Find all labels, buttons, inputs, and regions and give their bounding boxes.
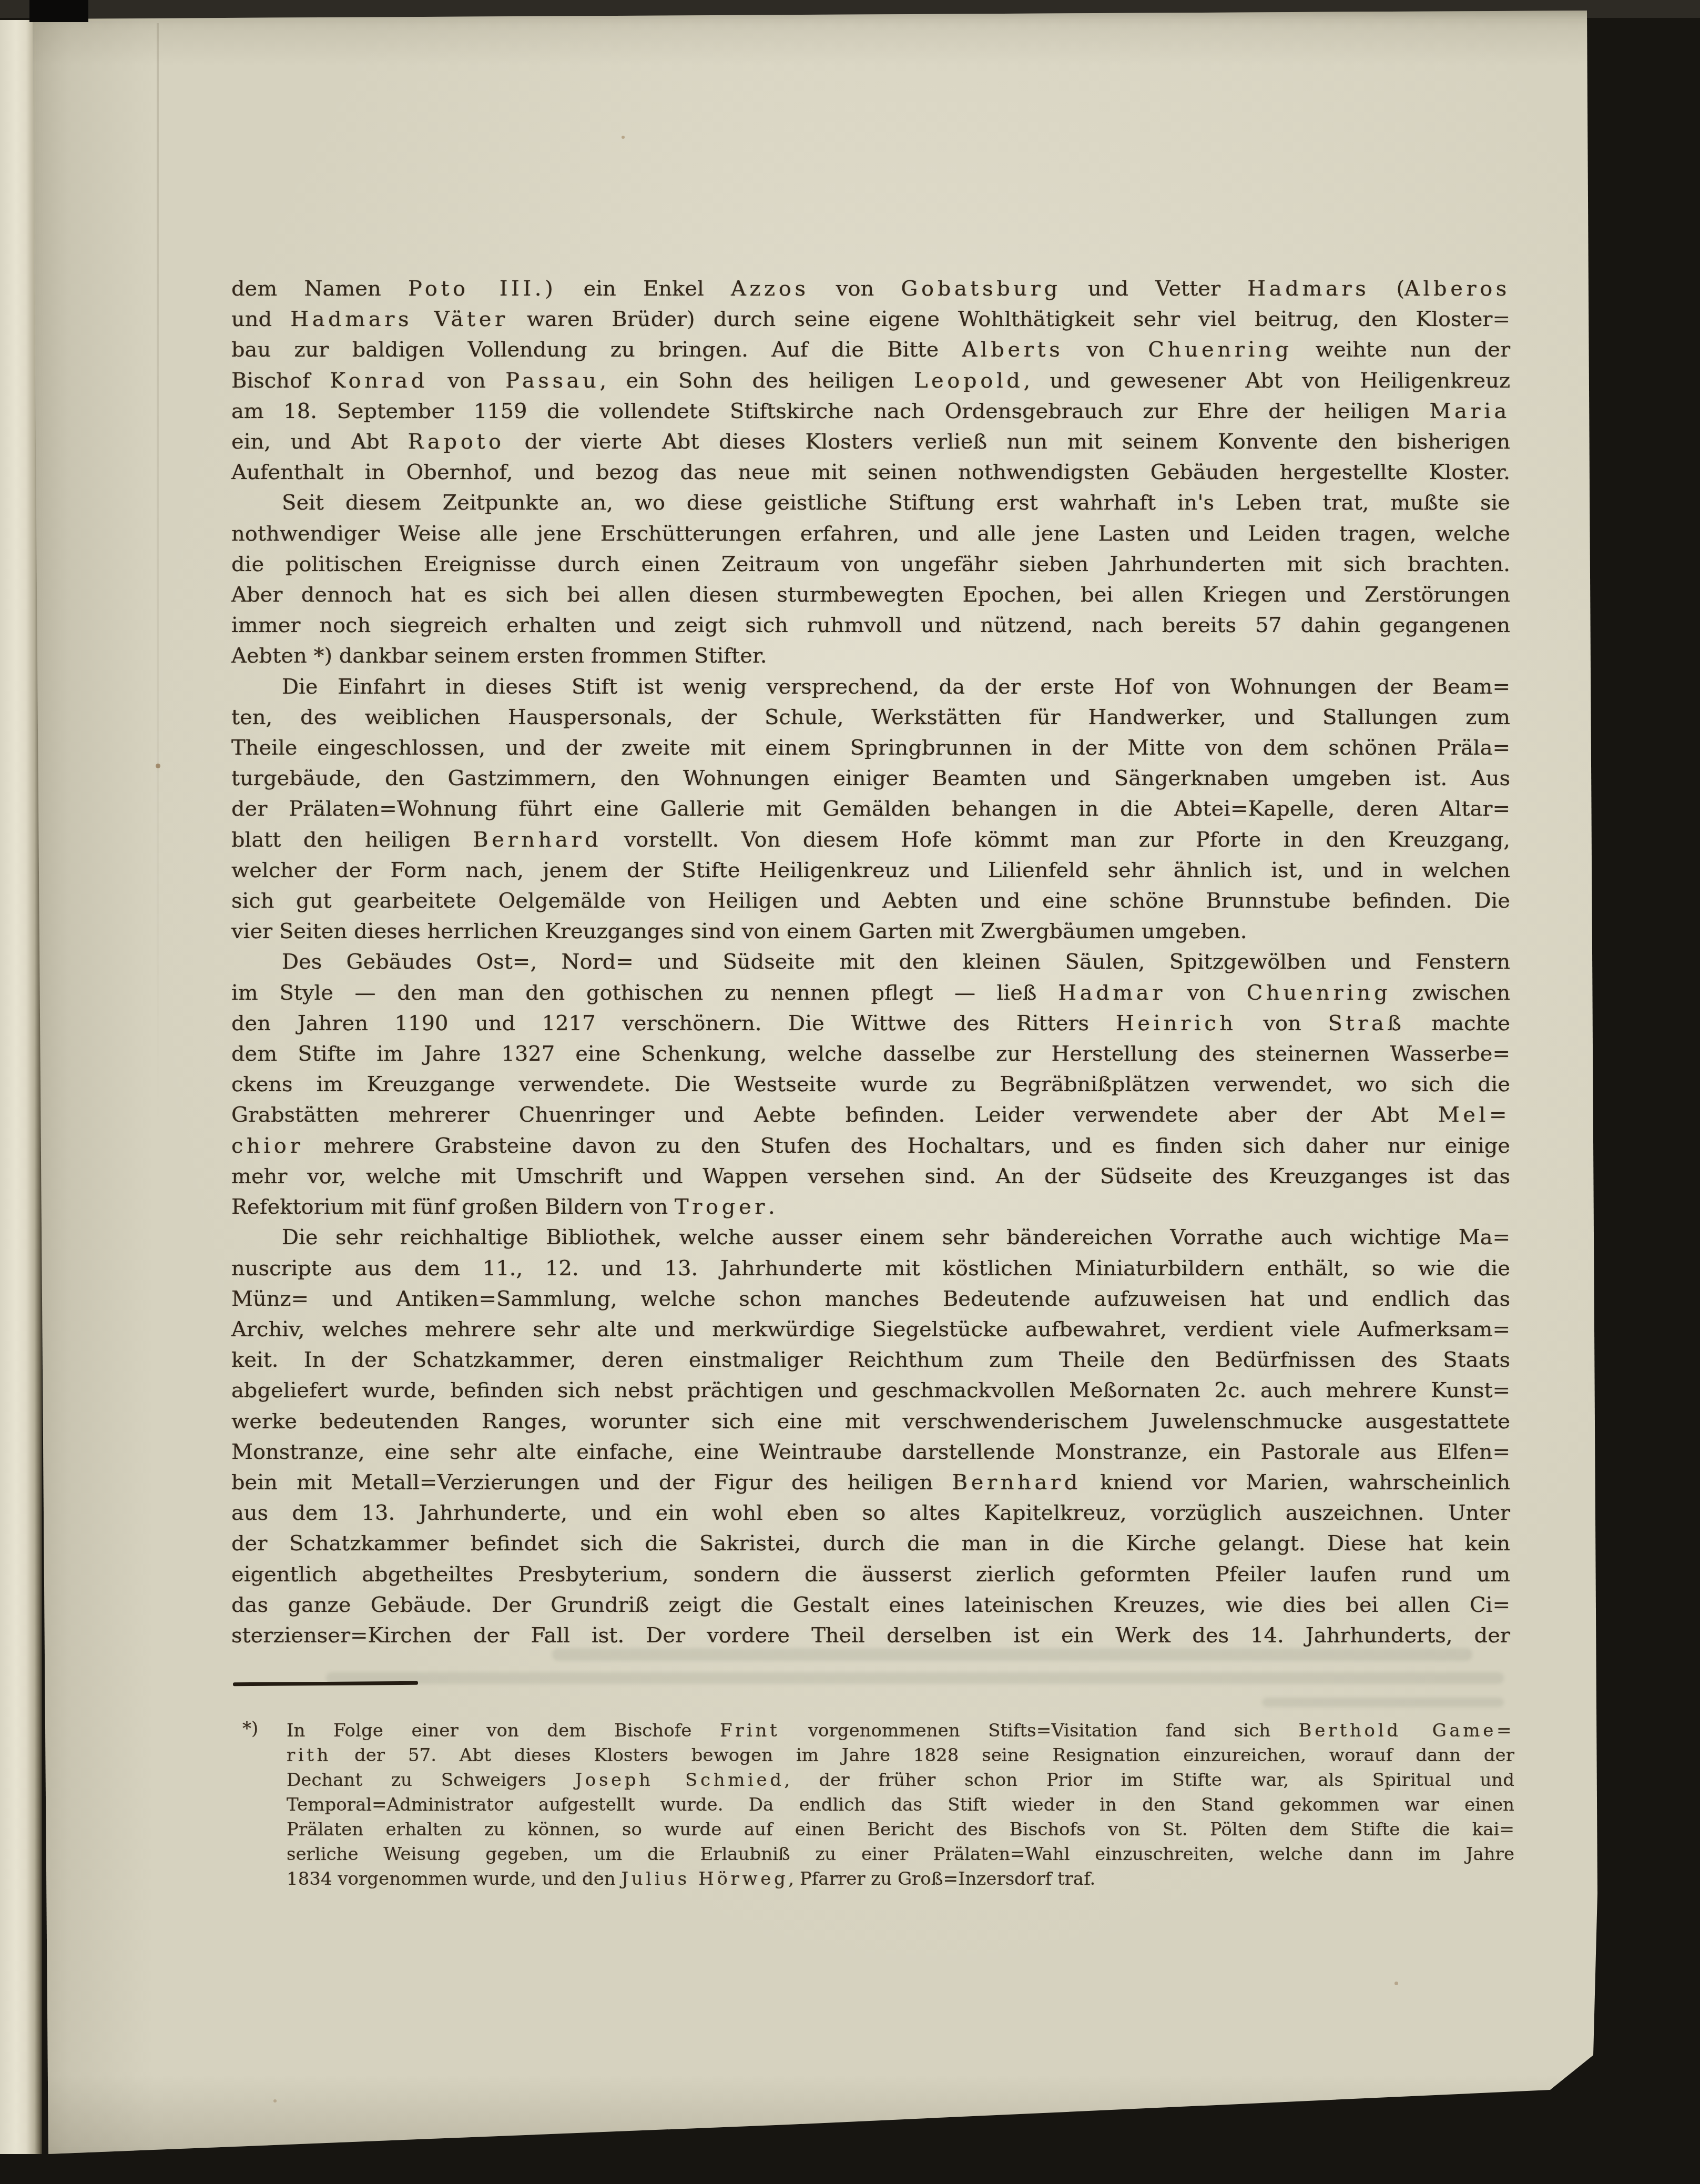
text-segment: das ganze Gebäude. Der Grundriß zeigt di… [231, 1593, 1510, 1617]
spaced-proper-name: Hadmars Väter [290, 307, 508, 331]
binding-tab [29, 0, 88, 22]
text-line: sich gut gearbeitete Oelgemälde von Heil… [231, 886, 1510, 916]
text-line: der Prälaten=Wohnung führt eine Gallerie… [231, 794, 1510, 824]
text-segment: abgeliefert wurde, befinden sich nebst p… [231, 1378, 1510, 1403]
text-line: 1834 vorgenommen wurde, und den Julius H… [287, 1867, 1514, 1892]
spaced-proper-name: Mel= [1438, 1103, 1510, 1127]
text-line: ckens im Kreuzgange verwendete. Die West… [231, 1069, 1510, 1100]
text-segment: weihte nun der [1292, 338, 1510, 362]
text-line: Dechant zu Schweigers Joseph Schmied, de… [287, 1768, 1514, 1793]
book-page: dem Namen Poto III.) ein Enkel Azzos von… [0, 0, 1700, 2184]
text-line: chior mehrere Grabsteine davon zu den St… [231, 1131, 1510, 1161]
text-segment: den Jahren 1190 und 1217 verschönern. Di… [231, 1011, 1116, 1035]
text-segment: der Prälaten=Wohnung führt eine Gallerie… [231, 797, 1510, 821]
text-segment: Bischof [231, 369, 330, 393]
text-segment: und [231, 307, 290, 331]
text-segment: werke bedeutenden Ranges, worunter sich … [231, 1409, 1510, 1434]
text-segment: nothwendiger Weise alle jene Erschütteru… [231, 522, 1510, 546]
text-line: blatt den heiligen Bernhard vorstellt. V… [231, 825, 1510, 855]
text-line: *)In Folge einer von dem Bischofe Frint … [287, 1719, 1514, 1743]
text-segment: von [1237, 1011, 1328, 1035]
text-segment: dem Stifte im Jahre 1327 eine Schenkung,… [231, 1042, 1510, 1066]
text-line: rith der 57. Abt dieses Klosters bewogen… [287, 1743, 1514, 1768]
text-line: Aufenthalt in Obernhof, und bezog das ne… [231, 457, 1510, 487]
text-segment: Monstranze, eine sehr alte einfache, ein… [231, 1440, 1510, 1464]
spaced-proper-name: Hadmar [1058, 981, 1166, 1005]
text-line: dem Namen Poto III.) ein Enkel Azzos von… [231, 273, 1510, 304]
text-line: immer noch siegreich erhalten und zeigt … [231, 610, 1510, 641]
ink-bleedthrough [1262, 1698, 1504, 1707]
text-line: sterzienser=Kirchen der Fall ist. Der vo… [231, 1620, 1510, 1651]
text-segment: kniend vor Marien, wahrscheinlich [1081, 1470, 1510, 1495]
text-segment: von [428, 369, 505, 393]
text-line: keit. In der Schatzkammer, deren einstma… [231, 1345, 1510, 1375]
spaced-proper-name: Passau [505, 369, 599, 393]
text-segment: vorgenommenen Stifts=Visitation fand sic… [780, 1720, 1298, 1741]
text-segment: vier Seiten dieses herrlichen Kreuzgange… [231, 919, 1247, 943]
text-segment: Aebten *) dankbar seinem ersten frommen … [231, 644, 767, 668]
text-line: Prälaten erhalten zu können, so wurde au… [287, 1817, 1514, 1842]
text-segment: Aber dennoch hat es sich bei allen diese… [231, 583, 1510, 607]
text-line: mehr vor, welche mit Umschrift und Wappe… [231, 1161, 1510, 1192]
spaced-proper-name: Frint [720, 1720, 780, 1741]
paragraph: Seit diesem Zeitpunkte an, wo diese geis… [231, 487, 1510, 671]
text-segment: der Schatzkammer befindet sich die Sakri… [231, 1531, 1510, 1556]
footnote-block: *)In Folge einer von dem Bischofe Frint … [287, 1719, 1514, 1892]
text-line: eigentlich abgetheiltes Presbyterium, so… [231, 1559, 1510, 1590]
text-line: im Style — den man den gothischen zu nen… [231, 978, 1510, 1008]
text-line: ten, des weiblichen Hauspersonals, der S… [231, 702, 1510, 733]
text-segment: der 57. Abt dieses Klosters bewogen im J… [331, 1745, 1514, 1766]
text-segment: nuscripte aus dem 11., 12. und 13. Jahrh… [231, 1256, 1510, 1281]
spaced-proper-name: Azzos [731, 277, 809, 301]
text-line: das ganze Gebäude. Der Grundriß zeigt di… [231, 1590, 1510, 1620]
text-line: die politischen Ereignisse durch einen Z… [231, 549, 1510, 580]
text-segment: welcher der Form nach, jenem der Stifte … [231, 858, 1510, 882]
spaced-proper-name: Rapoto [408, 430, 504, 454]
text-line: nuscripte aus dem 11., 12. und 13. Jahrh… [231, 1253, 1510, 1284]
spaced-proper-name: Troger [675, 1195, 768, 1219]
text-segment: blatt den heiligen [231, 828, 473, 852]
text-segment: mehr vor, welche mit Umschrift und Wappe… [231, 1164, 1510, 1188]
paragraph: Des Gebäudes Ost=, Nord= und Südseite mi… [231, 947, 1510, 1222]
text-line: Archiv, welches mehrere sehr alte und me… [231, 1314, 1510, 1345]
text-line: aus dem 13. Jahrhunderte, und ein wohl e… [231, 1498, 1510, 1528]
text-segment: von [1063, 338, 1148, 362]
text-segment: ten, des weiblichen Hauspersonals, der S… [231, 705, 1510, 729]
text-line: bau zur baldigen Vollendung zu bringen. … [231, 334, 1510, 365]
text-segment: 1834 vorgenommen wurde, und den [287, 1868, 622, 1890]
paper-stain [156, 764, 160, 768]
text-segment: sterzienser=Kirchen der Fall ist. Der vo… [231, 1623, 1510, 1648]
spaced-proper-name: Berthold Game= [1299, 1720, 1514, 1741]
text-segment: sich gut gearbeitete Oelgemälde von Heil… [231, 889, 1510, 913]
spaced-proper-name: Alberts [962, 338, 1063, 362]
text-line: der Schatzkammer befindet sich die Sakri… [231, 1528, 1510, 1559]
text-segment: , und gewesener Abt von Heiligenkreuz [1024, 369, 1511, 393]
spaced-proper-name: Joseph Schmied [575, 1770, 785, 1791]
text-segment: serliche Weisung gegeben, um die Erlaubn… [287, 1844, 1514, 1865]
text-line: Seit diesem Zeitpunkte an, wo diese geis… [231, 487, 1510, 518]
text-line: Monstranze, eine sehr alte einfache, ein… [231, 1437, 1510, 1467]
text-line: Bischof Konrad von Passau, ein Sohn des … [231, 365, 1510, 396]
text-line: Aber dennoch hat es sich bei allen diese… [231, 580, 1510, 610]
spaced-proper-name: Julius Hörweg [622, 1868, 789, 1890]
paragraph: Die sehr reichhaltige Bibliothek, welche… [231, 1222, 1510, 1651]
spaced-proper-name: Bernhard [952, 1470, 1081, 1495]
text-line: serliche Weisung gegeben, um die Erlaubn… [287, 1842, 1514, 1867]
text-line: Die sehr reichhaltige Bibliothek, welche… [231, 1222, 1510, 1253]
spaced-proper-name: Bernhard [473, 828, 602, 852]
spaced-proper-name: Leopold [914, 369, 1024, 393]
text-segment: eigentlich abgetheiltes Presbyterium, so… [231, 1562, 1510, 1587]
text-line: nothwendiger Weise alle jene Erschütteru… [231, 519, 1510, 549]
text-segment: der vierte Abt dieses Klosters verließ n… [505, 430, 1510, 454]
spaced-proper-name: Chuenring [1148, 338, 1292, 362]
spaced-proper-name: Straß [1328, 1011, 1404, 1035]
text-segment: bein mit Metall=Verzierungen und der Fig… [231, 1470, 952, 1495]
text-segment: Temporal=Administrator aufgestellt wurde… [287, 1794, 1514, 1815]
spaced-proper-name: Alberos [1404, 277, 1510, 301]
text-segment: Die Einfahrt in dieses Stift ist wenig v… [282, 675, 1510, 699]
text-line: dem Stifte im Jahre 1327 eine Schenkung,… [231, 1039, 1510, 1069]
main-text-block: dem Namen Poto III.) ein Enkel Azzos von… [231, 273, 1510, 1651]
spaced-proper-name: rith [287, 1745, 331, 1766]
footnote-marker: *) [242, 1716, 258, 1741]
text-line: den Jahren 1190 und 1217 verschönern. Di… [231, 1008, 1510, 1039]
text-line: und Hadmars Väter waren Brüder) durch se… [231, 304, 1510, 334]
text-line: am 18. September 1159 die vollendete Sti… [231, 396, 1510, 426]
text-segment: ( [1369, 277, 1404, 301]
text-segment: die politischen Ereignisse durch einen Z… [231, 552, 1510, 576]
spaced-proper-name: Maria [1429, 399, 1510, 423]
text-segment: , der früher schon Prior im Stifte war, … [785, 1770, 1514, 1791]
text-segment: waren Brüder) durch seine eigene Wohlthä… [508, 307, 1510, 331]
text-line: Refektorium mit fünf großen Bildern von … [231, 1192, 1510, 1222]
text-segment: vorstellt. Von diesem Hofe kömmt man zur… [602, 828, 1510, 852]
spaced-proper-name: Konrad [330, 369, 428, 393]
text-segment: . [768, 1195, 775, 1219]
text-line: Die Einfahrt in dieses Stift ist wenig v… [231, 672, 1510, 702]
text-segment: ein, und Abt [231, 430, 408, 454]
paper-stain [622, 136, 625, 139]
text-segment: Dechant zu Schweigers [287, 1770, 575, 1791]
text-line: welcher der Form nach, jenem der Stifte … [231, 855, 1510, 886]
text-line: abgeliefert wurde, befinden sich nebst p… [231, 1375, 1510, 1406]
text-segment: dem Namen [231, 277, 408, 301]
text-segment: am 18. September 1159 die vollendete Sti… [231, 399, 1429, 423]
footnote-rule [233, 1681, 418, 1686]
text-segment: Münz= und Antiken=Sammlung, welche schon… [231, 1287, 1510, 1311]
spaced-proper-name: Gobatsburg [901, 277, 1061, 301]
paper-crease [157, 23, 159, 1233]
text-segment: Aufenthalt in Obernhof, und bezog das ne… [231, 460, 1510, 484]
text-segment: Seit diesem Zeitpunkte an, wo diese geis… [282, 491, 1510, 515]
text-segment: aus dem 13. Jahrhunderte, und ein wohl e… [231, 1501, 1510, 1525]
text-line: Theile eingeschlossen, und der zweite mi… [231, 733, 1510, 763]
paragraph: dem Namen Poto III.) ein Enkel Azzos von… [231, 273, 1510, 487]
text-line: Des Gebäudes Ost=, Nord= und Südseite mi… [231, 947, 1510, 977]
paper-stain [1394, 1982, 1398, 1985]
text-segment: , Pfarrer zu Groß=Inzersdorf traf. [788, 1868, 1095, 1890]
ink-bleedthrough [552, 1648, 1472, 1661]
text-segment: In Folge einer von dem Bischofe [287, 1720, 720, 1741]
text-segment: Prälaten erhalten zu können, so wurde au… [287, 1819, 1514, 1840]
text-segment: Refektorium mit fünf großen Bildern von [231, 1195, 675, 1219]
text-segment: mehrere Grabsteine davon zu den Stufen d… [303, 1134, 1510, 1158]
text-line: werke bedeutenden Ranges, worunter sich … [231, 1406, 1510, 1437]
text-segment: bau zur baldigen Vollendung zu bringen. … [231, 338, 962, 362]
text-line: vier Seiten dieses herrlichen Kreuzgange… [231, 916, 1510, 947]
text-segment: Die sehr reichhaltige Bibliothek, welche… [282, 1225, 1510, 1250]
paragraph: Die Einfahrt in dieses Stift ist wenig v… [231, 672, 1510, 947]
spaced-proper-name: Poto III.) [408, 277, 556, 301]
paper-stain [273, 2099, 277, 2102]
spaced-proper-name: chior [231, 1134, 303, 1158]
text-segment: immer noch siegreich erhalten und zeigt … [231, 613, 1510, 637]
text-segment: und Vetter [1061, 277, 1248, 301]
text-line: ein, und Abt Rapoto der vierte Abt diese… [231, 426, 1510, 457]
text-line: turgebäude, den Gastzimmern, den Wohnung… [231, 763, 1510, 794]
text-segment: von [1166, 981, 1247, 1005]
spaced-proper-name: Hadmars [1247, 277, 1369, 301]
text-line: Grabstätten mehrerer Chuenringer und Aeb… [231, 1100, 1510, 1130]
scanned-book-photo: { "colors": { "background": "#171511", "… [0, 0, 1700, 2184]
text-segment: zwischen [1391, 981, 1510, 1005]
text-line: Aebten *) dankbar seinem ersten frommen … [231, 641, 1510, 671]
text-line: Münz= und Antiken=Sammlung, welche schon… [231, 1284, 1510, 1314]
text-segment: keit. In der Schatzkammer, deren einstma… [231, 1348, 1510, 1372]
text-segment: ckens im Kreuzgange verwendete. Die West… [231, 1072, 1510, 1096]
text-segment: ein Enkel [556, 277, 731, 301]
text-segment: im Style — den man den gothischen zu nen… [231, 981, 1058, 1005]
text-segment: Theile eingeschlossen, und der zweite mi… [231, 736, 1510, 760]
text-line: bein mit Metall=Verzierungen und der Fig… [231, 1467, 1510, 1498]
spaced-proper-name: Chuenring [1247, 981, 1391, 1005]
text-segment: , ein Sohn des heiligen [599, 369, 913, 393]
text-segment: Archiv, welches mehrere sehr alte und me… [231, 1317, 1510, 1342]
ink-bleedthrough [326, 1672, 1504, 1684]
text-segment: von [809, 277, 901, 301]
spaced-proper-name: Heinrich [1116, 1011, 1237, 1035]
text-line: Temporal=Administrator aufgestellt wurde… [287, 1793, 1514, 1817]
text-segment: turgebäude, den Gastzimmern, den Wohnung… [231, 766, 1510, 790]
text-segment: Grabstätten mehrerer Chuenringer und Aeb… [231, 1103, 1438, 1127]
text-segment: machte [1405, 1011, 1510, 1035]
text-segment: Des Gebäudes Ost=, Nord= und Südseite mi… [282, 950, 1510, 974]
